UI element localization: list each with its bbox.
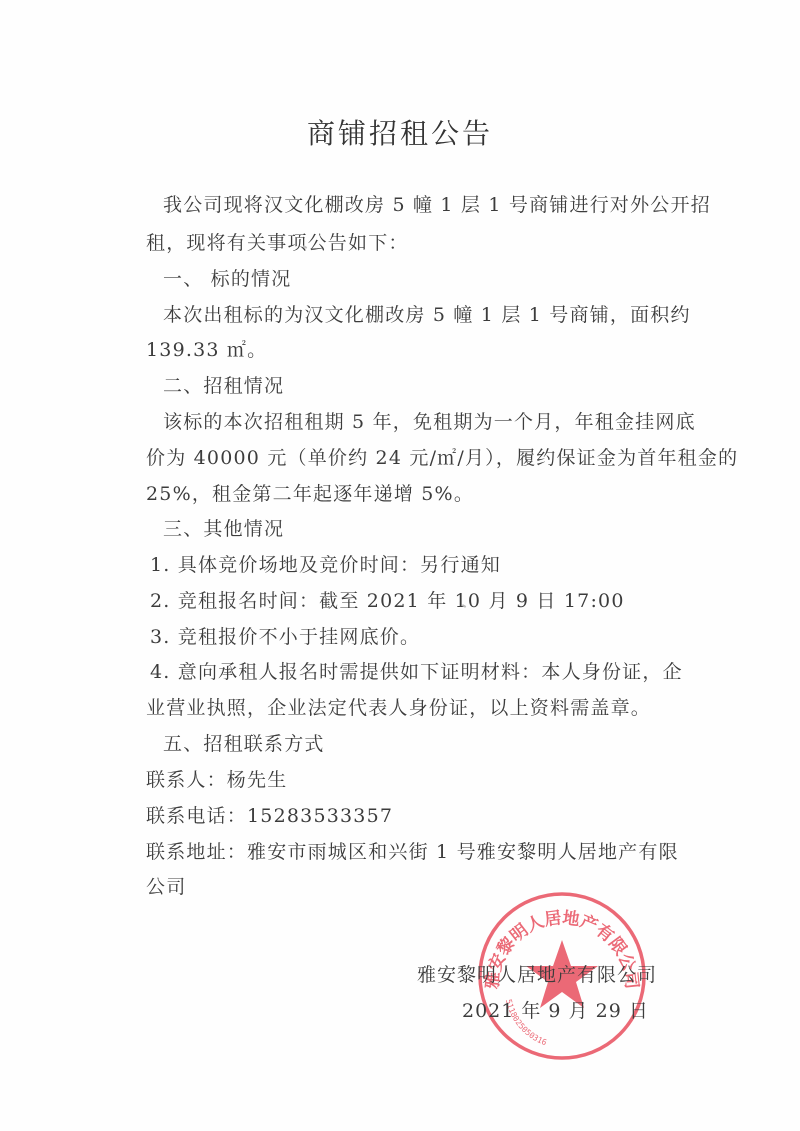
section-3-item-1: 1. 具体竞价场地及竞价时间：另行通知 [150, 550, 501, 577]
section-3-item-4-line-2: 业营业执照，企业法定代表人身份证，以上资料需盖章。 [146, 693, 651, 720]
contact-address-line-1: 联系地址：雅安市雨城区和兴街 1 号雅安黎明人居地产有限 [146, 837, 679, 864]
contact-phone: 联系电话：15283533357 [146, 801, 393, 828]
section-2-body-line-1: 该标的本次招租租期 5 年，免租期为一个月，年租金挂网底 [163, 407, 696, 434]
section-1-body-line-1: 本次出租标的为汉文化棚改房 5 幢 1 层 1 号商铺，面积约 [163, 300, 691, 327]
document-title: 商铺招租公告 [0, 112, 800, 152]
contact-address-line-2: 公司 [146, 872, 186, 899]
section-1-heading: 一、 标的情况 [163, 264, 291, 291]
signature-company: 雅安黎明人居地产有限公司 [417, 960, 657, 987]
section-1-body-line-2: 139.33 ㎡。 [146, 335, 267, 362]
contact-person: 联系人：杨先生 [146, 765, 287, 792]
section-3-item-4-line-1: 4. 意向承租人报名时需提供如下证明材料：本人身份证，企 [150, 657, 683, 684]
section-2-heading: 二、招租情况 [163, 371, 284, 398]
section-3-item-3: 3. 竞租报价不小于挂网底价。 [150, 622, 420, 649]
section-5-heading: 五、招租联系方式 [163, 729, 325, 756]
section-3-item-2: 2. 竞租报名时间：截至 2021 年 10 月 9 日 17:00 [150, 586, 625, 613]
signature-date: 2021 年 9 月 29 日 [462, 996, 649, 1023]
section-3-heading: 三、其他情况 [163, 514, 284, 541]
document-page: 商铺招租公告 我公司现将汉文化棚改房 5 幢 1 层 1 号商铺进行对外公开招 … [0, 0, 800, 1131]
section-2-body-line-3: 25%，租金第二年起逐年递增 5%。 [146, 479, 474, 506]
intro-line-1: 我公司现将汉文化棚改房 5 幢 1 层 1 号商铺进行对外公开招 [163, 190, 711, 217]
section-2-body-line-2: 价为 40000 元（单价约 24 元/㎡/月），履约保证金为首年租金的 [146, 443, 738, 470]
intro-line-2: 租，现将有关事项公告如下： [146, 228, 409, 255]
